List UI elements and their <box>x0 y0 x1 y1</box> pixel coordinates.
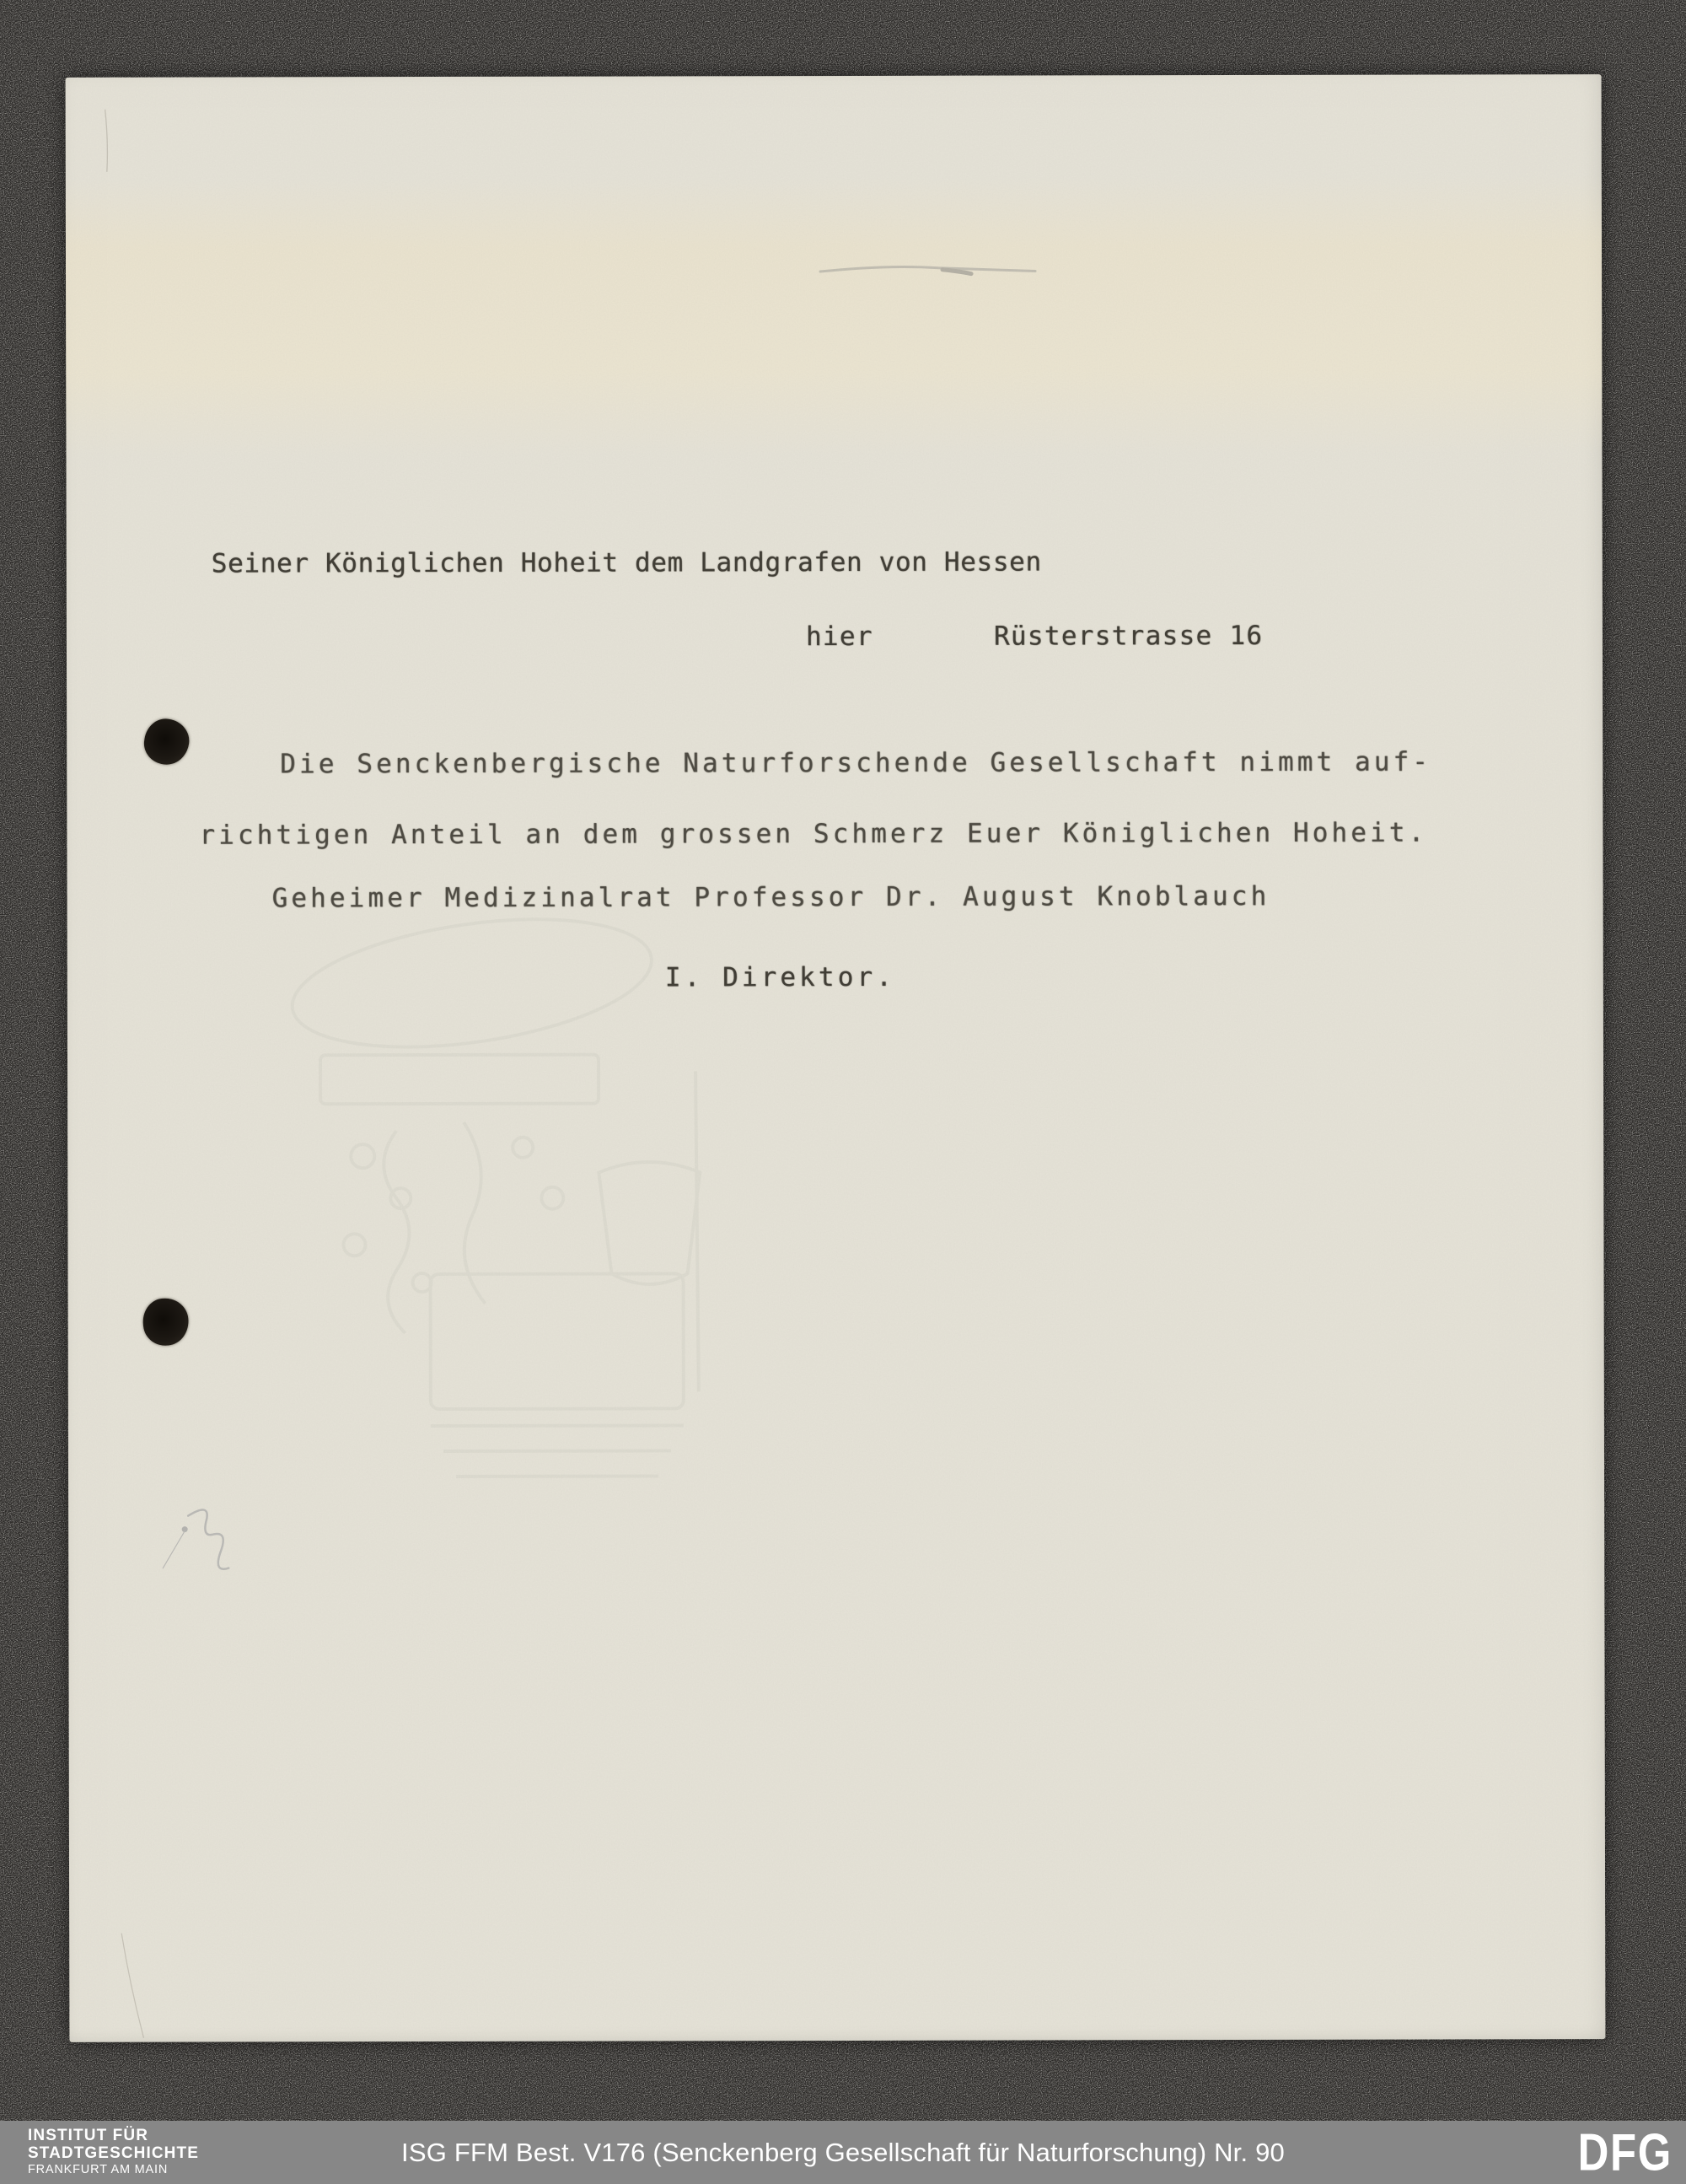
letter-line-body-1: Die Senckenbergische Naturforschende Ges… <box>280 746 1431 781</box>
letter-line-body-2: richtigen Anteil an dem grossen Schmerz … <box>199 817 1427 852</box>
letter-line-hier: hier <box>806 621 873 653</box>
institute-logo-line1: INSTITUT FÜR <box>28 2127 199 2144</box>
institute-logo: INSTITUT FÜR STADTGESCHICHTE FRANKFURT A… <box>28 2127 199 2178</box>
punch-hole-bottom-icon <box>141 1296 191 1348</box>
letter-page: Seiner Königlichen Hoheit dem Landgrafen… <box>66 74 1606 2042</box>
pencil-smudge <box>820 266 1035 274</box>
letter-line-recipient: Seiner Königlichen Hoheit dem Landgrafen… <box>212 546 1042 579</box>
letter-line-signature-title: I. Direktor. <box>665 961 895 994</box>
letter-line-signature-name: Geheimer Medizinalrat Professor Dr. Augu… <box>272 880 1270 914</box>
punch-hole-top-icon <box>142 716 192 767</box>
paper-creases <box>105 110 144 2038</box>
letter-line-address: Rüsterstrasse 16 <box>994 620 1264 653</box>
scan-background-mat: Seiner Königlichen Hoheit dem Landgrafen… <box>0 0 1686 2184</box>
paper-tone-band <box>66 175 1603 457</box>
archive-reference-caption: ISG FFM Best. V176 (Senckenberg Gesellsc… <box>401 2138 1285 2168</box>
dfg-logo: DFG <box>1578 2122 1673 2182</box>
paper-texture-overlay <box>66 74 1606 2042</box>
institute-logo-line2: STADTGESCHICHTE <box>28 2144 199 2162</box>
pencil-mark <box>163 1509 228 1568</box>
stamp-bleedthrough <box>284 899 701 1477</box>
institute-logo-line3: FRANKFURT AM MAIN <box>28 2162 199 2178</box>
archive-caption-bar: INSTITUT FÜR STADTGESCHICHTE FRANKFURT A… <box>0 2121 1686 2184</box>
